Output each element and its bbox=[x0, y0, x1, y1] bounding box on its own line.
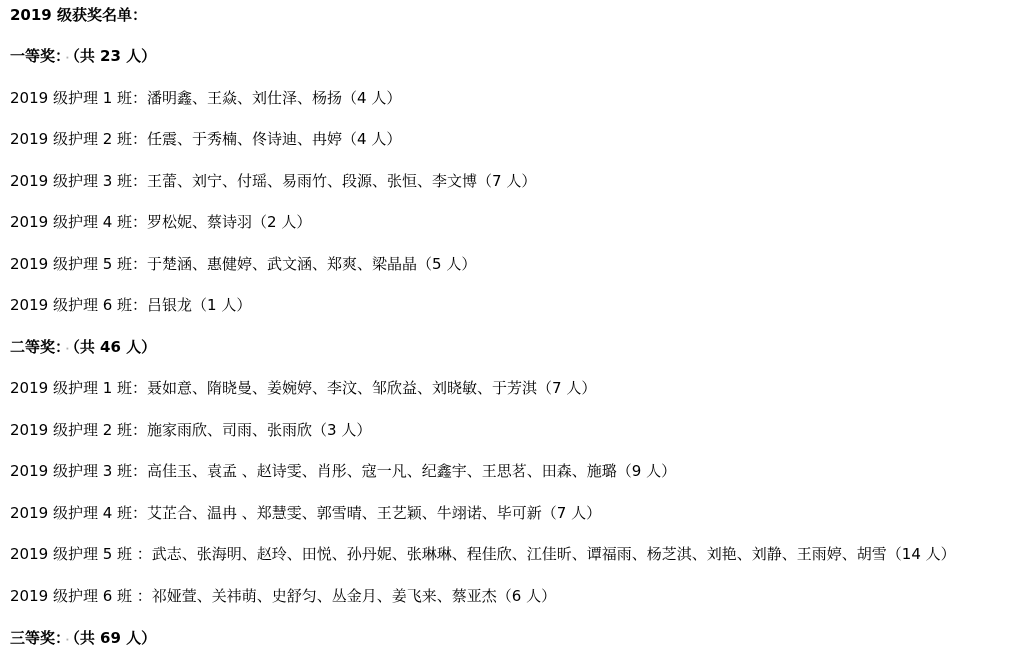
award-names: 潘明鑫、王焱、刘仕泽、杨扬（4 人） bbox=[147, 89, 401, 107]
award-names: 艾芷合、温冉 、郑慧雯、郭雪晴、王艺颖、牛翊诺、毕可新（7 人） bbox=[147, 504, 601, 522]
class-label: 2019 级护理 1 班： bbox=[10, 379, 147, 397]
class-label: 2019 级护理 3 班： bbox=[10, 462, 147, 480]
list-item: 2019 级护理 5 班：于楚涵、惠健婷、武文涵、郑爽、梁晶晶（5 人） bbox=[10, 254, 476, 274]
separator-dot: · bbox=[66, 53, 70, 64]
section-total: （共 23 人） bbox=[72, 47, 156, 65]
section-label: 二等奖： bbox=[10, 338, 63, 356]
list-item: 2019 级护理 6 班 ：祁娅萱、关祎萌、史舒匀、丛金月、姜飞来、蔡亚杰（6 … bbox=[10, 586, 556, 606]
list-item: 2019 级护理 1 班：潘明鑫、王焱、刘仕泽、杨扬（4 人） bbox=[10, 88, 401, 108]
class-label: 2019 级护理 2 班： bbox=[10, 130, 147, 148]
section-total: （共 46 人） bbox=[72, 338, 156, 356]
section-label: 三等奖： bbox=[10, 629, 63, 647]
class-label: 2019 级护理 6 班： bbox=[10, 296, 147, 314]
list-item: 2019 级护理 4 班：罗松妮、蔡诗羽（2 人） bbox=[10, 212, 311, 232]
list-item: 2019 级护理 2 班：任震、于秀楠、佟诗迪、冉婷（4 人） bbox=[10, 129, 401, 149]
section-heading-third-prize: 三等奖：·（共 69 人） bbox=[10, 628, 156, 651]
award-names: 聂如意、隋晓曼、姜婉婷、李汶、邹欣益、刘晓敏、于芳淇（7 人） bbox=[147, 379, 596, 397]
list-item: 2019 级护理 4 班：艾芷合、温冉 、郑慧雯、郭雪晴、王艺颖、牛翊诺、毕可新… bbox=[10, 503, 601, 523]
class-label: 2019 级护理 2 班： bbox=[10, 421, 147, 439]
list-item: 2019 级护理 3 班：高佳玉、袁孟 、赵诗雯、肖彤、寇一凡、纪鑫宇、王思茗、… bbox=[10, 461, 676, 481]
section-total: （共 69 人） bbox=[72, 629, 156, 647]
award-names: 高佳玉、袁孟 、赵诗雯、肖彤、寇一凡、纪鑫宇、王思茗、田森、施璐（9 人） bbox=[147, 462, 676, 480]
list-item: 2019 级护理 3 班：王蕾、刘宁、付瑶、易雨竹、段源、张恒、李文博（7 人） bbox=[10, 171, 536, 191]
class-label: 2019 级护理 4 班： bbox=[10, 504, 147, 522]
document-title: 2019 级获奖名单： bbox=[10, 5, 147, 25]
class-label: 2019 级护理 1 班： bbox=[10, 89, 147, 107]
separator-dot: · bbox=[66, 344, 70, 355]
list-item: 2019 级护理 5 班 ：武志、张海明、赵玲、田悦、孙丹妮、张琳琳、程佳欣、江… bbox=[10, 544, 956, 564]
award-names: 王蕾、刘宁、付瑶、易雨竹、段源、张恒、李文博（7 人） bbox=[147, 172, 536, 190]
class-label: 2019 级护理 5 班： bbox=[10, 255, 147, 273]
class-label: 2019 级护理 3 班： bbox=[10, 172, 147, 190]
award-names: 武志、张海明、赵玲、田悦、孙丹妮、张琳琳、程佳欣、江佳昕、谭福雨、杨芝淇、刘艳、… bbox=[152, 545, 956, 563]
award-names: 祁娅萱、关祎萌、史舒匀、丛金月、姜飞来、蔡亚杰（6 人） bbox=[152, 587, 556, 605]
award-names: 于楚涵、惠健婷、武文涵、郑爽、梁晶晶（5 人） bbox=[147, 255, 476, 273]
class-label: 2019 级护理 4 班： bbox=[10, 213, 147, 231]
award-names: 任震、于秀楠、佟诗迪、冉婷（4 人） bbox=[147, 130, 401, 148]
list-item: 2019 级护理 1 班：聂如意、隋晓曼、姜婉婷、李汶、邹欣益、刘晓敏、于芳淇（… bbox=[10, 378, 596, 398]
award-names: 吕银龙（1 人） bbox=[147, 296, 251, 314]
award-names: 罗松妮、蔡诗羽（2 人） bbox=[147, 213, 311, 231]
award-names: 施家雨欣、司雨、张雨欣（3 人） bbox=[147, 421, 371, 439]
class-label: 2019 级护理 6 班 ： bbox=[10, 587, 152, 605]
section-label: 一等奖： bbox=[10, 47, 63, 65]
list-item: 2019 级护理 2 班：施家雨欣、司雨、张雨欣（3 人） bbox=[10, 420, 371, 440]
section-heading-second-prize: 二等奖：·（共 46 人） bbox=[10, 337, 156, 360]
list-item: 2019 级护理 6 班：吕银龙（1 人） bbox=[10, 295, 251, 315]
class-label: 2019 级护理 5 班 ： bbox=[10, 545, 152, 563]
separator-dot: · bbox=[66, 635, 70, 646]
section-heading-first-prize: 一等奖：·（共 23 人） bbox=[10, 46, 156, 69]
